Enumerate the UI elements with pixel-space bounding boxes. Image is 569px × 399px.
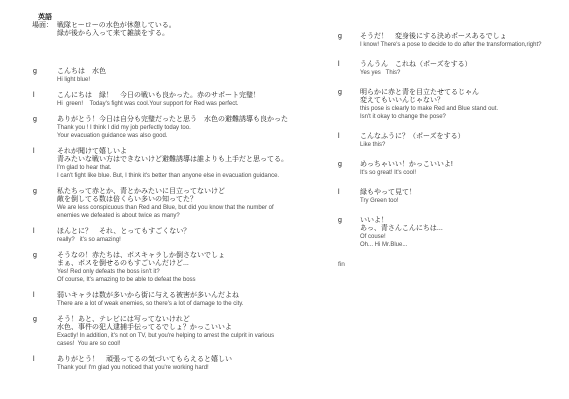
english-line: Like this? <box>360 141 566 149</box>
speaker-label: g <box>338 89 360 121</box>
block-lines: ありがとう！今日は自分も完璧だったと思う 水色の避難誘導も良かったThank y… <box>57 116 325 140</box>
dialogue-block: l ほんとに？ それ、とってもすごくない？really? it's so ama… <box>33 228 325 244</box>
speaker-label: g <box>338 161 360 177</box>
japanese-line: そう！あと、テレビには写ってないけれど <box>57 316 325 324</box>
english-line: Hi green! Today's fight was cool.Your su… <box>57 100 325 108</box>
dialogue-block: l ありがとう！ 頑張ってるの気づいてもらえると嬉しいThank you! I'… <box>33 356 325 372</box>
block-lines: 明らかに赤と青を目立たせてるじゃん変えてもいいんじゃない？this pose i… <box>360 89 566 121</box>
block-lines: いいよ！あっ、青さんこんにちは...Of couse!Oh... Hi Mr.B… <box>360 217 566 249</box>
japanese-line: そうなの！赤たちは、ボスキャラしか倒さないでしょ <box>57 252 325 260</box>
japanese-line: いいよ！ <box>360 217 566 225</box>
english-line: Thank you ! I think I did my job perfect… <box>57 124 325 132</box>
dialogue-block: g そうだ！ 変身後にする決めポースあるでしょI know! There's a… <box>338 33 566 49</box>
english-line: Oh... Hi Mr.Blue... <box>360 241 566 249</box>
dialogue-block: g そうなの！赤たちは、ボスキャラしか倒さないでしょまぁ、ボスを倒せるのもすごい… <box>33 252 325 284</box>
english-line: Yes yes This? <box>360 69 566 77</box>
page-title: 英語 <box>38 14 176 22</box>
english-line: There are a lot of weak enemies, so ther… <box>57 300 325 308</box>
scene-line: 緑が後から入って来て雑談をする。 <box>57 30 176 38</box>
dialogue-block: l それが聞けて嬉しいよ青みたいな戦い方はできないけど避難誘導は誰よりも上手だと… <box>33 148 325 180</box>
english-line: Hi light blue! <box>57 76 325 84</box>
script-header: 英語 場面： 戦隊ヒーローの水色が休憩している。 緑が後から入って来て雑談をする… <box>32 14 176 38</box>
block-lines: そうなの！赤たちは、ボスキャラしか倒さないでしょまぁ、ボスを倒せるのもすごいんだ… <box>57 252 325 284</box>
scene-label: 場面： <box>32 22 57 30</box>
block-lines: こんにちは 緑！ 今日の戦いも良かった。赤のサポート完璧！Hi green! T… <box>57 92 325 108</box>
english-line: cases! You are so cool! <box>57 340 325 348</box>
english-line: Of course, It's amazing to be able to de… <box>57 276 325 284</box>
dialogue-block: g ありがとう！今日は自分も完璧だったと思う 水色の避難誘導も良かったThank… <box>33 116 325 140</box>
japanese-line: 緑もやって見て！ <box>360 189 566 197</box>
japanese-line: 敵を倒してる数は倍くらい多いの知ってた？ <box>57 196 325 204</box>
dialogue-column-right: g そうだ！ 変身後にする決めポースあるでしょI know! There's a… <box>338 33 566 269</box>
dialogue-block: g こんちは 水色Hi light blue! <box>33 68 325 84</box>
english-line: enemies we defeated is about twice as ma… <box>57 212 325 220</box>
japanese-line: 私たちって赤とか、青とかみたいに目立ってないけど <box>57 188 325 196</box>
japanese-line: 青みたいな戦い方はできないけど避難誘導は誰よりも上手だと思ってる。 <box>57 156 325 164</box>
speaker-label: g <box>338 33 360 49</box>
dialogue-block: g 私たちって赤とか、青とかみたいに目立ってないけど敵を倒してる数は倍くらい多い… <box>33 188 325 220</box>
dialogue-block: g 明らかに赤と青を目立たせてるじゃん変えてもいいんじゃない？this pose… <box>338 89 566 121</box>
english-line: this pose is clearly to make Red and Blu… <box>360 105 566 113</box>
speaker-label: l <box>33 148 57 180</box>
english-line: Exactly! In addition, it's not on TV, bu… <box>57 332 325 340</box>
speaker-label: g <box>33 68 57 84</box>
dialogue-block: l うんうん これね（ポーズをする）Yes yes This? <box>338 61 566 77</box>
english-line: Isn't it okay to change the pose? <box>360 113 566 121</box>
japanese-line: こんなふうに？（ポーズをする） <box>360 133 566 141</box>
japanese-line: 水色、事件の犯人逮捕手伝ってるでしょ？かっこいいよ <box>57 324 325 332</box>
japanese-line: こんにちは 緑！ 今日の戦いも良かった。赤のサポート完璧！ <box>57 92 325 100</box>
block-lines: 弱いキャラは数が多いから街に与える被害が多いんだよねThere are a lo… <box>57 292 325 308</box>
block-lines: うんうん これね（ポーズをする）Yes yes This? <box>360 61 566 77</box>
japanese-line: 変えてもいいんじゃない？ <box>360 97 566 105</box>
speaker-label: l <box>338 189 360 205</box>
speaker-label: l <box>338 133 360 149</box>
speaker-label: l <box>33 292 57 308</box>
japanese-line: ありがとう！ 頑張ってるの気づいてもらえると嬉しい <box>57 356 325 364</box>
speaker-label: g <box>33 316 57 348</box>
english-line: I know! There's a pose to decide to do a… <box>360 41 566 49</box>
japanese-line: 明らかに赤と青を目立たせてるじゃん <box>360 89 566 97</box>
speaker-label: l <box>33 92 57 108</box>
page: { "header": { "title": "英語", "scene_labe… <box>0 0 569 399</box>
english-line: really? it's so amazing! <box>57 236 325 244</box>
block-lines: 緑もやって見て！Try Green too! <box>360 189 566 205</box>
english-line: Of couse! <box>360 233 566 241</box>
block-lines: それが聞けて嬉しいよ青みたいな戦い方はできないけど避難誘導は誰よりも上手だと思っ… <box>57 148 325 180</box>
block-lines: そう！あと、テレビには写ってないけれど水色、事件の犯人逮捕手伝ってるでしょ？かっ… <box>57 316 325 348</box>
japanese-line: こんちは 水色 <box>57 68 325 76</box>
japanese-line: あっ、青さんこんにちは... <box>360 225 566 233</box>
japanese-line: そうだ！ 変身後にする決めポースあるでしょ <box>360 33 566 41</box>
scene-description: 場面： 戦隊ヒーローの水色が休憩している。 緑が後から入って来て雑談をする。 <box>32 22 176 38</box>
japanese-line: それが聞けて嬉しいよ <box>57 148 325 156</box>
block-lines: ほんとに？ それ、とってもすごくない？really? it's so amazi… <box>57 228 325 244</box>
english-line: I can't fight like blue. But, I think it… <box>57 172 325 180</box>
dialogue-block: l こんにちは 緑！ 今日の戦いも良かった。赤のサポート完璧！Hi green!… <box>33 92 325 108</box>
fin-marker: fin <box>338 261 566 269</box>
block-lines: ありがとう！ 頑張ってるの気づいてもらえると嬉しいThank you! I'm … <box>57 356 325 372</box>
english-line: We are less conspicuous than Red and Blu… <box>57 204 325 212</box>
japanese-line: ありがとう！今日は自分も完璧だったと思う 水色の避難誘導も良かった <box>57 116 325 124</box>
scene-lines: 戦隊ヒーローの水色が休憩している。 緑が後から入って来て雑談をする。 <box>57 22 176 38</box>
dialogue-block: l こんなふうに？（ポーズをする）Like this? <box>338 133 566 149</box>
speaker-label: l <box>33 356 57 372</box>
dialogue-block: l 緑もやって見て！Try Green too! <box>338 189 566 205</box>
english-line: Try Green too! <box>360 197 566 205</box>
english-line: I'm glad to hear that. <box>57 164 325 172</box>
japanese-line: 弱いキャラは数が多いから街に与える被害が多いんだよね <box>57 292 325 300</box>
block-lines: こんちは 水色Hi light blue! <box>57 68 325 84</box>
block-lines: めっちゃいい！かっこいいよ!It's so great! It's cool! <box>360 161 566 177</box>
dialogue-column-left: g こんちは 水色Hi light blue! l こんにちは 緑！ 今日の戦い… <box>33 68 325 380</box>
dialogue-block: g そう！あと、テレビには写ってないけれど水色、事件の犯人逮捕手伝ってるでしょ？… <box>33 316 325 348</box>
scene-line: 戦隊ヒーローの水色が休憩している。 <box>57 22 176 30</box>
english-line: Your evacuation guidance was also good. <box>57 132 325 140</box>
speaker-label: g <box>33 252 57 284</box>
japanese-line: ほんとに？ それ、とってもすごくない？ <box>57 228 325 236</box>
speaker-label: g <box>33 116 57 140</box>
block-lines: こんなふうに？（ポーズをする）Like this? <box>360 133 566 149</box>
speaker-label: g <box>33 188 57 220</box>
speaker-label: l <box>338 61 360 77</box>
japanese-line: うんうん これね（ポーズをする） <box>360 61 566 69</box>
dialogue-block: g いいよ！あっ、青さんこんにちは...Of couse!Oh... Hi Mr… <box>338 217 566 249</box>
english-line: Thank you! I'm glad you noticed that you… <box>57 364 325 372</box>
block-lines: 私たちって赤とか、青とかみたいに目立ってないけど敵を倒してる数は倍くらい多いの知… <box>57 188 325 220</box>
japanese-line: めっちゃいい！かっこいいよ! <box>360 161 566 169</box>
japanese-line: まぁ、ボスを倒せるのもすごいんだけど... <box>57 260 325 268</box>
english-line: It's so great! It's cool! <box>360 169 566 177</box>
speaker-label: g <box>338 217 360 249</box>
speaker-label: l <box>33 228 57 244</box>
english-line: Yes! Red only defeats the boss isn't it? <box>57 268 325 276</box>
block-lines: そうだ！ 変身後にする決めポースあるでしょI know! There's a p… <box>360 33 566 49</box>
dialogue-block: g めっちゃいい！かっこいいよ!It's so great! It's cool… <box>338 161 566 177</box>
dialogue-block: l 弱いキャラは数が多いから街に与える被害が多いんだよねThere are a … <box>33 292 325 308</box>
